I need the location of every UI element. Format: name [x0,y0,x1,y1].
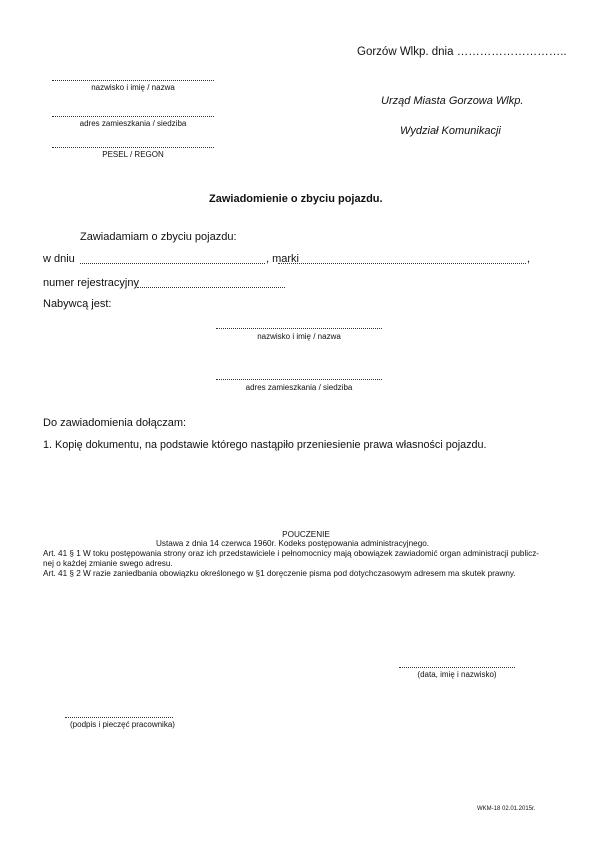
instruction-art1-line1: Art. 41 § 1 W toku postępowania strony o… [43,549,539,559]
applicant-signature-caption: (data, imię i nazwisko) [399,670,515,679]
sender-name-caption: nazwisko i imię / nazwa [52,83,214,92]
date-field[interactable] [80,263,265,264]
clerk-signature-line[interactable] [65,717,173,718]
place-date-field: Gorzów Wlkp. dnia ……………………….. [357,46,567,58]
registration-field[interactable] [137,287,285,288]
recipient-department: Wydział Komunikacji [400,125,501,137]
instruction-act: Ustawa z dnia 14 czerwca 1960r. Kodeks p… [156,539,429,549]
buyer-name-line[interactable] [216,328,382,329]
sender-address-line [52,116,214,117]
form-code: WKM-18 02.01.2015r. [477,806,535,812]
sender-pesel-caption: PESEL / REGON [52,150,214,159]
sender-name-line [52,80,214,81]
instruction-art1-line2: nej o każdej zmianie swego adresu. [43,559,173,569]
brand-field[interactable] [278,263,526,264]
brand-comma: , [527,253,530,265]
buyer-label: Nabywcą jest: [43,298,111,310]
buyer-address-caption: adres zamieszkania / siedziba [216,383,382,392]
registration-label: numer rejestracyjny [43,277,139,289]
recipient-office: Urząd Miasta Gorzowa Wlkp. [381,95,523,107]
applicant-signature-line[interactable] [399,667,515,668]
buyer-name-caption: nazwisko i imię / nazwa [216,332,382,341]
document-title: Zawiadomienie o zbyciu pojazdu. [209,193,383,205]
sender-address-caption: adres zamieszkania / siedziba [52,119,214,128]
attachment-item: 1. Kopię dokumentu, na podstawie którego… [43,439,487,451]
intro-text: Zawiadamiam o zbyciu pojazdu: [80,231,237,243]
attachments-label: Do zawiadomienia dołączam: [43,417,186,429]
sender-pesel-line [52,147,214,148]
instruction-art2: Art. 41 § 2 W razie zaniedbania obowiązk… [43,569,516,579]
clerk-signature-caption: (podpis i pieczęć pracownika) [70,720,175,729]
date-label: w dniu [43,253,75,265]
buyer-address-line[interactable] [216,379,382,380]
